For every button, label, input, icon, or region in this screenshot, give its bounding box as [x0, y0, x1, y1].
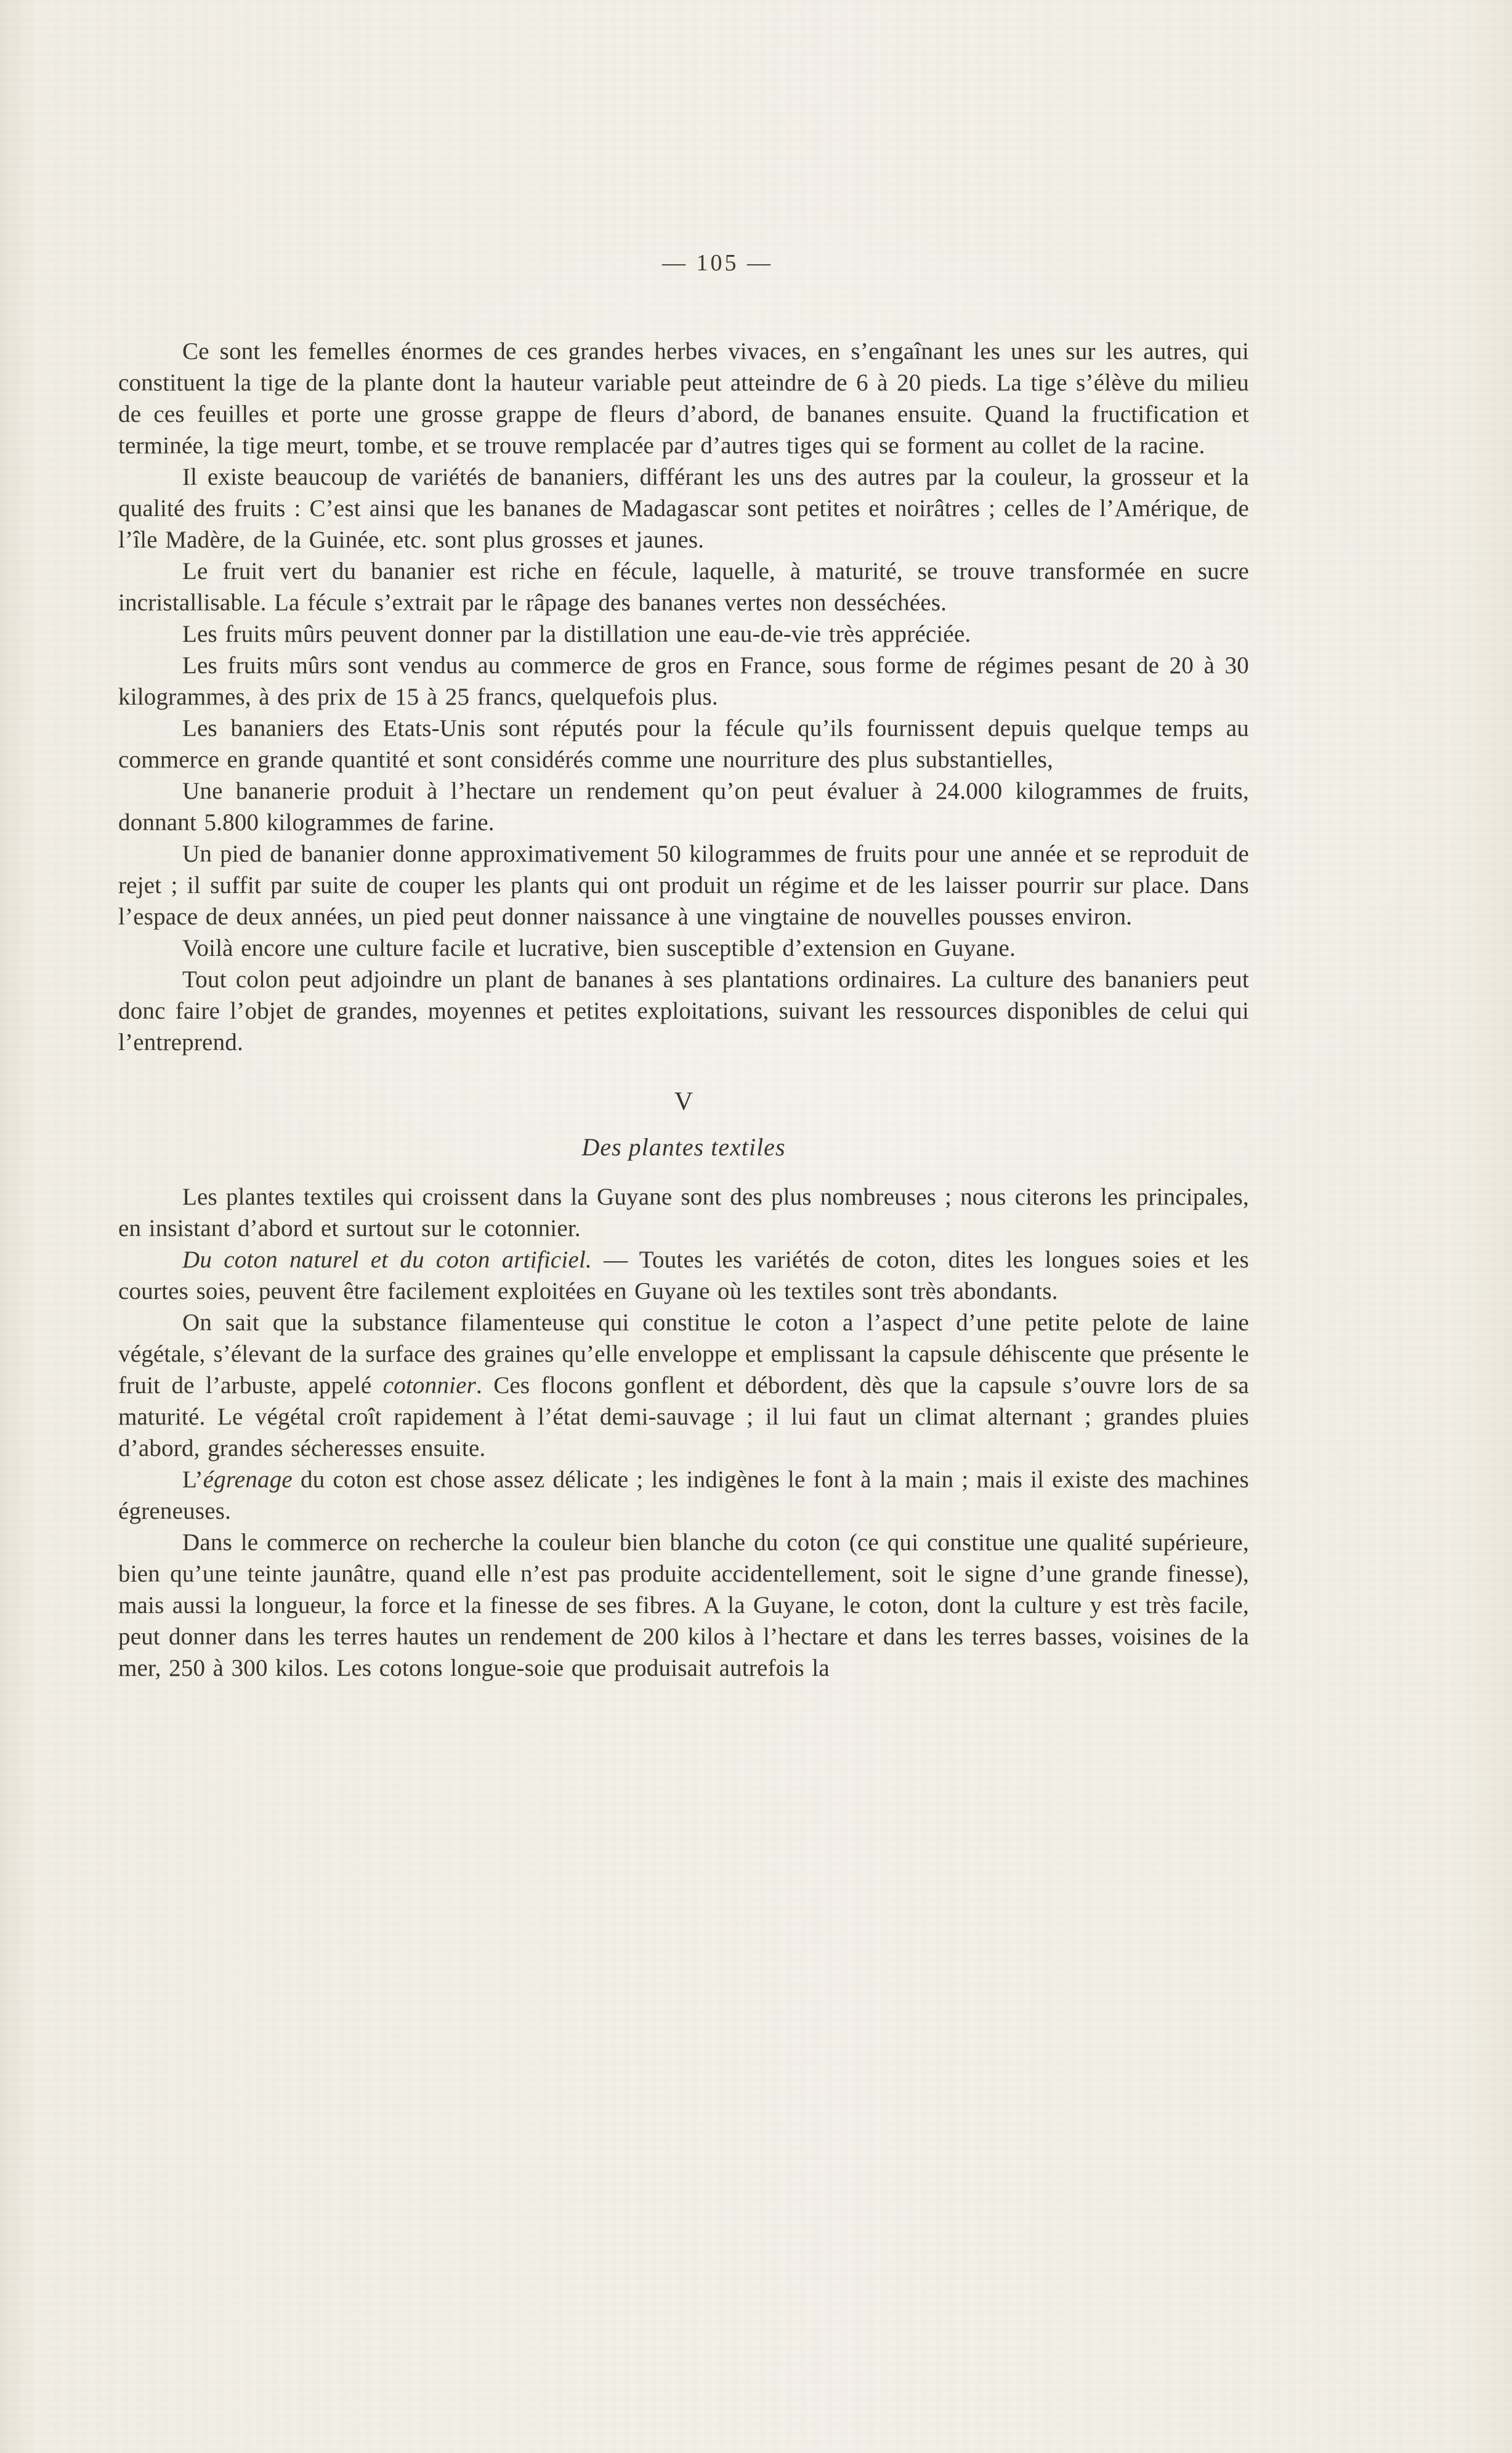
- page-body: Ce sont les femelles énormes de ces gran…: [118, 336, 1249, 1684]
- text-run: Voilà encore une culture facile et lucra…: [182, 935, 1016, 961]
- text-run: Les fruits mûrs sont vendus au commerce …: [118, 652, 1249, 710]
- scanned-book-page: — 105 — Ce sont les femelles énormes de …: [0, 0, 1512, 2453]
- section-number: V: [118, 1086, 1249, 1118]
- italic-text-run: Du coton naturel et du coton artificiel.: [182, 1247, 592, 1273]
- paragraph: Dans le commerce on recherche la couleur…: [118, 1527, 1249, 1684]
- italic-text-run: égrenage: [203, 1466, 293, 1493]
- text-run: Ce sont les femelles énormes de ces gran…: [118, 338, 1249, 459]
- text-run: V: [674, 1088, 693, 1116]
- paragraph: Du coton naturel et du coton artificiel.…: [118, 1244, 1249, 1307]
- section-title: Des plantes textiles: [118, 1131, 1249, 1163]
- paragraph: Un pied de bananier donne approximativem…: [118, 838, 1249, 932]
- italic-text-run: cotonnier: [383, 1372, 476, 1399]
- text-run: Une bananerie produit à l’hectare un ren…: [118, 778, 1249, 836]
- paragraph: Les bananiers des Etats-Unis sont réputé…: [118, 713, 1249, 775]
- paragraph: Les plantes textiles qui croissent dans …: [118, 1181, 1249, 1244]
- page-number: — 105 —: [152, 249, 1283, 277]
- text-run: Il existe beaucoup de variétés de banani…: [118, 464, 1249, 553]
- paragraph: On sait que la substance filamenteuse qu…: [118, 1307, 1249, 1464]
- paragraph: Le fruit vert du bananier est riche en f…: [118, 556, 1249, 618]
- text-run: Un pied de bananier donne approximativem…: [118, 841, 1249, 930]
- paragraph: Voilà encore une culture facile et lucra…: [118, 932, 1249, 964]
- paragraph: Les fruits mûrs sont vendus au commerce …: [118, 650, 1249, 713]
- paragraph: Tout colon peut adjoindre un plant de ba…: [118, 964, 1249, 1058]
- text-run: Dans le commerce on recherche la couleur…: [118, 1529, 1249, 1681]
- paragraph: Les fruits mûrs peuvent donner par la di…: [118, 618, 1249, 650]
- text-run: Les bananiers des Etats-Unis sont réputé…: [118, 715, 1249, 773]
- text-run: L’: [182, 1466, 203, 1493]
- text-run: Tout colon peut adjoindre un plant de ba…: [118, 966, 1249, 1056]
- paragraph: L’égrenage du coton est chose assez déli…: [118, 1464, 1249, 1527]
- paragraph: Ce sont les femelles énormes de ces gran…: [118, 336, 1249, 461]
- text-run: Les plantes textiles qui croissent dans …: [118, 1184, 1249, 1242]
- text-run: Les fruits mûrs peuvent donner par la di…: [182, 621, 971, 647]
- text-run: Le fruit vert du bananier est riche en f…: [118, 558, 1249, 616]
- paragraph: Une bananerie produit à l’hectare un ren…: [118, 775, 1249, 838]
- text-run: Des plantes textiles: [581, 1133, 785, 1161]
- paragraph: Il existe beaucoup de variétés de banani…: [118, 461, 1249, 556]
